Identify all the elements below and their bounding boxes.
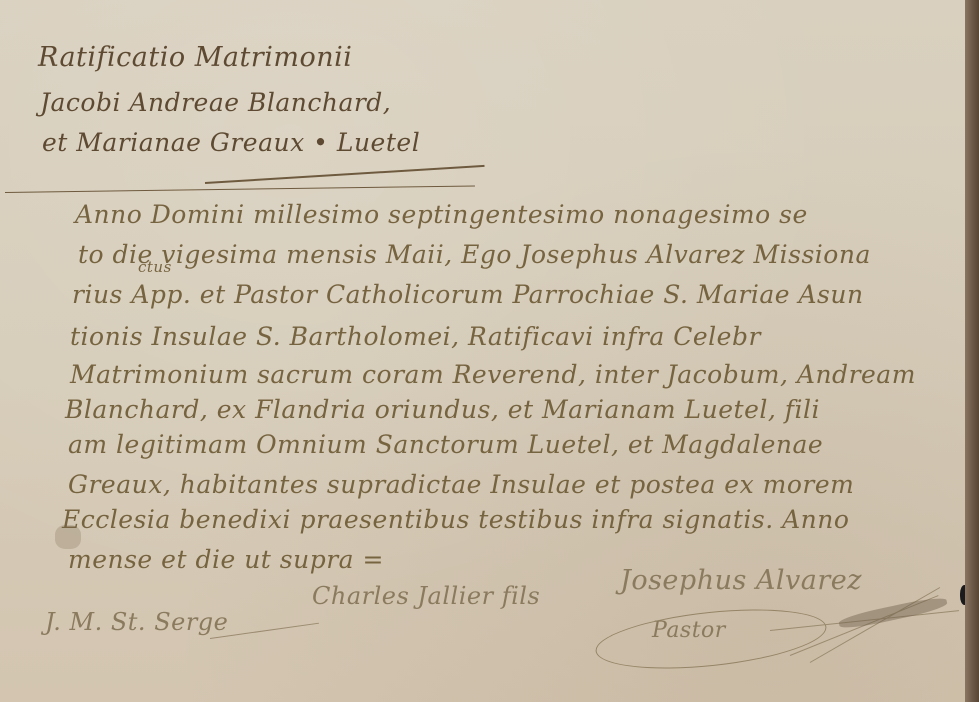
body-line-9: Ecclesia benedixi praesentibus testibus … (62, 505, 849, 534)
body-line-1: Anno Domini millesimo septingentesimo no… (75, 200, 808, 229)
body-line-5: Matrimonium sacrum coram Reverend, inter… (70, 360, 916, 389)
book-binding-edge (965, 0, 979, 702)
body-line-4: tionis Insulae S. Bartholomei, Ratificav… (70, 322, 761, 351)
body-line-2: to die vigesima mensis Maii, Ego Josephu… (78, 240, 871, 269)
heading-line-2: Jacobi Andreae Blanchard, (40, 88, 391, 117)
superscript-ctus: ctus (138, 258, 172, 276)
signature-josephus-alvarez: Josephus Alvarez (620, 565, 862, 596)
body-line-7: am legitimam Omnium Sanctorum Luetel, et… (68, 430, 823, 459)
water-stain-left (55, 525, 81, 549)
signature-pastor-title: Pastor (652, 618, 726, 643)
section-divider-line (5, 185, 475, 193)
signature-charles-jallier: Charles Jallier fils (312, 582, 540, 610)
signature-st-serge: J. M. St. Serge (45, 608, 228, 636)
body-line-8: Greaux, habitantes supradictae Insulae e… (68, 470, 854, 499)
body-line-3: rius App. et Pastor Catholicorum Parroch… (72, 280, 864, 309)
body-line-10: mense et die ut supra = (68, 545, 384, 574)
signature-flourish-right-2 (810, 587, 940, 663)
heading-underline (205, 165, 485, 184)
heading-line-3: et Marianae Greaux • Luetel (42, 128, 420, 157)
body-line-6: Blanchard, ex Flandria oriundus, et Mari… (65, 395, 820, 424)
heading-line-1: Ratificatio Matrimonii (38, 42, 352, 73)
register-page: Ratificatio Matrimonii Jacobi Andreae Bl… (0, 0, 965, 702)
